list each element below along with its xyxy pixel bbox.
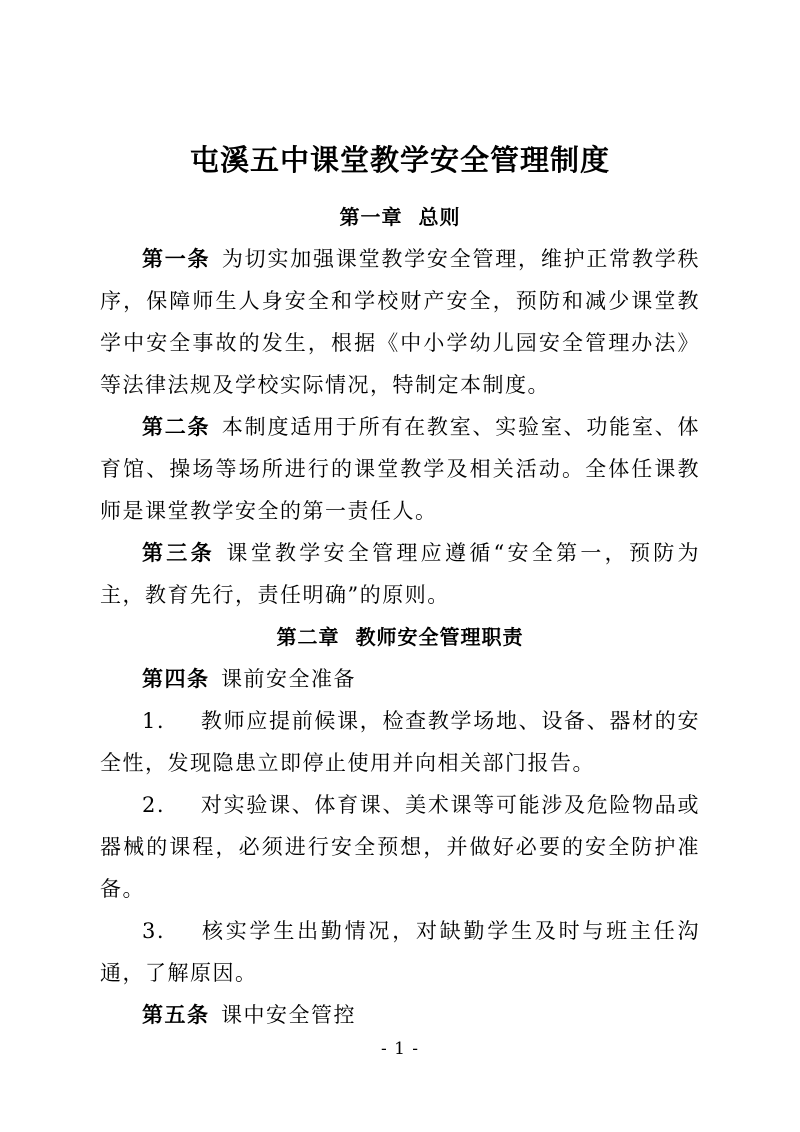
article-4-paragraph: 第四条课前安全准备 [100, 658, 700, 700]
list-item-2-number: 2. [142, 793, 165, 817]
document-content: 屯溪五中课堂教学安全管理制度 第一章 总则 第一条为切实加强课堂教学安全管理，维… [0, 0, 800, 1036]
list-item-2: 2.对实验课、体育课、美术课等可能涉及危险物品或器械的课程，必须进行安全预想，并… [100, 784, 700, 910]
list-item-1-number: 1. [142, 709, 165, 733]
list-item-1: 1.教师应提前候课，检查教学场地、设备、器材的安全性，发现隐患立即停止使用并向相… [100, 700, 700, 784]
article-2-number: 第二条 [142, 414, 210, 439]
list-item-3-text: 核实学生出勤情况，对缺勤学生及时与班主任沟通，了解原因。 [100, 919, 700, 985]
article-5-number: 第五条 [142, 1002, 210, 1027]
list-item-3-number: 3. [142, 919, 165, 943]
article-3-paragraph: 第三条课堂教学安全管理应遵循“安全第一，预防为主，教育先行，责任明确”的原则。 [100, 532, 700, 616]
chapter-heading-1: 第一章 总则 [100, 196, 700, 238]
page-number: - 1 - [0, 1038, 800, 1060]
article-3-number: 第三条 [142, 540, 215, 565]
article-1-paragraph: 第一条为切实加强课堂教学安全管理，维护正常教学秩序，保障师生人身安全和学校财产安… [100, 238, 700, 406]
document-page: 屯溪五中课堂教学安全管理制度 第一章 总则 第一条为切实加强课堂教学安全管理，维… [0, 0, 800, 1132]
list-item-3: 3.核实学生出勤情况，对缺勤学生及时与班主任沟通，了解原因。 [100, 910, 700, 994]
article-4-text: 课前安全准备 [221, 667, 356, 691]
article-2-paragraph: 第二条本制度适用于所有在教室、实验室、功能室、体育馆、操场等场所进行的课堂教学及… [100, 406, 700, 532]
chapter-heading-2: 第二章 教师安全管理职责 [100, 616, 700, 658]
list-item-1-text: 教师应提前候课，检查教学场地、设备、器材的安全性，发现隐患立即停止使用并向相关部… [100, 709, 700, 775]
list-item-2-text: 对实验课、体育课、美术课等可能涉及危险物品或器械的课程，必须进行安全预想，并做好… [100, 793, 700, 901]
article-5-text: 课中安全管控 [221, 1003, 356, 1027]
document-title: 屯溪五中课堂教学安全管理制度 [100, 138, 700, 182]
article-1-number: 第一条 [142, 246, 210, 271]
article-5-paragraph: 第五条课中安全管控 [100, 994, 700, 1036]
article-4-number: 第四条 [142, 666, 210, 691]
